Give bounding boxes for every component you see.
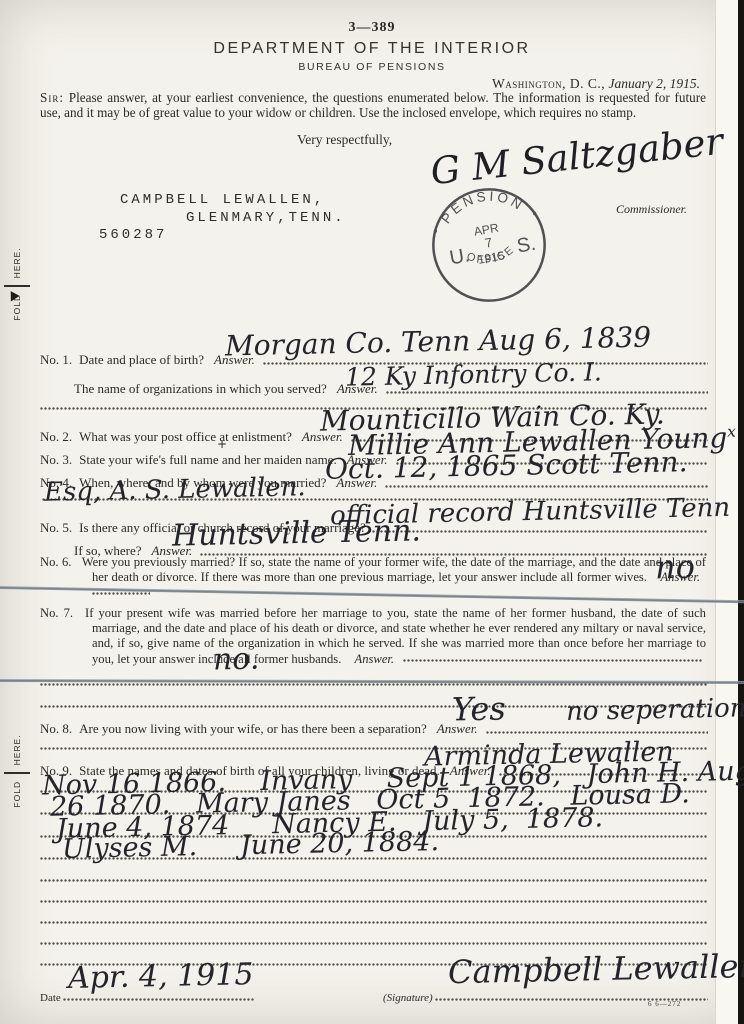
stamp-day: 7	[484, 235, 494, 251]
question-number: No. 5.	[40, 520, 72, 536]
form-number: 3—389	[0, 20, 744, 36]
question-text: The name of organizations in which you s…	[74, 381, 327, 397]
fold-tick-line	[4, 772, 30, 774]
blank-answer-line	[40, 899, 708, 904]
pension-office-stamp-icon: PENSION OFFICE U. S. APR 7 1915	[416, 172, 562, 318]
dateline-date: January 2, 1915.	[609, 76, 701, 91]
handwritten-date: Apr. 4, 1915	[68, 960, 254, 994]
addressee-place: GLENMARY,TENN.	[186, 210, 346, 226]
fold-here-marker: FOLD HERE.	[10, 246, 24, 322]
question-7: No. 7. If your present wife was married …	[40, 606, 706, 667]
answer-label: Answer.	[355, 652, 395, 666]
handwritten-signature: Campbell Lewallen	[448, 950, 744, 989]
commissioner-signature: G M Saltzgaber	[429, 123, 725, 190]
answer-dots	[486, 730, 708, 735]
stamp-s: S.	[515, 233, 537, 258]
print-code: 6 6—272	[648, 1000, 681, 1008]
blank-answer-line	[40, 682, 708, 687]
handwritten-answer-q4-line2: Esq, A. S. Lewallen.	[44, 474, 306, 505]
commissioner-title: Commissioner.	[616, 202, 687, 217]
question-text: State your wife's full name and her maid…	[79, 452, 337, 468]
handwritten-caret-mark: +	[217, 437, 227, 451]
fold-tick-line	[4, 285, 30, 287]
stamp-u: U.	[448, 244, 471, 269]
blank-answer-line	[40, 920, 708, 925]
scan-black-edge	[738, 0, 744, 1024]
handwritten-answer-q4: Oct. 12, 1865 Scott Tenn.	[325, 448, 688, 484]
closing-line: Very respectfully,	[297, 132, 392, 148]
handwritten-answer-q7: no.	[213, 645, 260, 676]
question-number: No. 6.	[40, 555, 71, 569]
question-text: What was your post office at enlistment?	[79, 429, 292, 445]
sir-label: Sir:	[40, 90, 64, 105]
here-word: HERE.	[12, 734, 22, 765]
answer-dots	[385, 484, 708, 489]
signature-label: (Signature)	[383, 992, 433, 1004]
date-label: Date	[40, 992, 61, 1004]
dateline-place: Washington, D. C.,	[492, 76, 605, 91]
handwritten-answer-q1-organizations: 12 Ky Infontry Co. I.	[345, 359, 602, 389]
question-text: Were you previously married? If so, stat…	[82, 555, 706, 584]
body-text: Please answer, at your earliest convenie…	[40, 90, 706, 120]
question-number: No. 3.	[40, 452, 72, 468]
date-dots	[63, 997, 255, 1002]
blank-answer-line	[40, 878, 708, 883]
stamp-year: 1915	[477, 248, 506, 266]
fold-here-marker: FOLD HERE.	[10, 733, 24, 809]
question-number: No. 2.	[40, 429, 72, 445]
pension-form-page: 3—389 DEPARTMENT OF THE INTERIOR BUREAU …	[0, 0, 744, 1024]
blank-answer-line	[40, 941, 708, 946]
answer-dots	[386, 390, 708, 395]
handwritten-answer-q8-note: no seperations	[566, 695, 744, 725]
question-text: Are you now living with your wife, or ha…	[79, 721, 427, 737]
handwritten-answer-q6: no	[655, 551, 696, 584]
question-number: No. 1.	[40, 352, 72, 368]
answer-dots	[403, 658, 703, 663]
answer-dots	[92, 591, 150, 596]
salutation-paragraph: Sir: Please answer, at your earliest con…	[40, 91, 706, 120]
file-number: 560287	[99, 227, 167, 243]
department-title: DEPARTMENT OF THE INTERIOR	[0, 40, 744, 58]
question-number: No. 8.	[40, 721, 72, 737]
question-number: No. 7.	[40, 606, 73, 620]
here-word: HERE.	[12, 247, 22, 278]
handwritten-answer-q5-where: Huntsville Tenn.	[172, 516, 421, 551]
addressee-name: CAMPBELL LEWALLEN,	[120, 192, 325, 208]
fold-word: FOLD	[12, 781, 22, 808]
handwritten-children-line: Ulyses M. June 20, 1884.	[62, 828, 440, 863]
bureau-subtitle: BUREAU OF PENSIONS	[0, 61, 744, 73]
question-text: Date and place of birth?	[79, 352, 204, 368]
handwritten-answer-q8: Yes	[452, 692, 506, 725]
answer-mark: x	[727, 423, 736, 441]
